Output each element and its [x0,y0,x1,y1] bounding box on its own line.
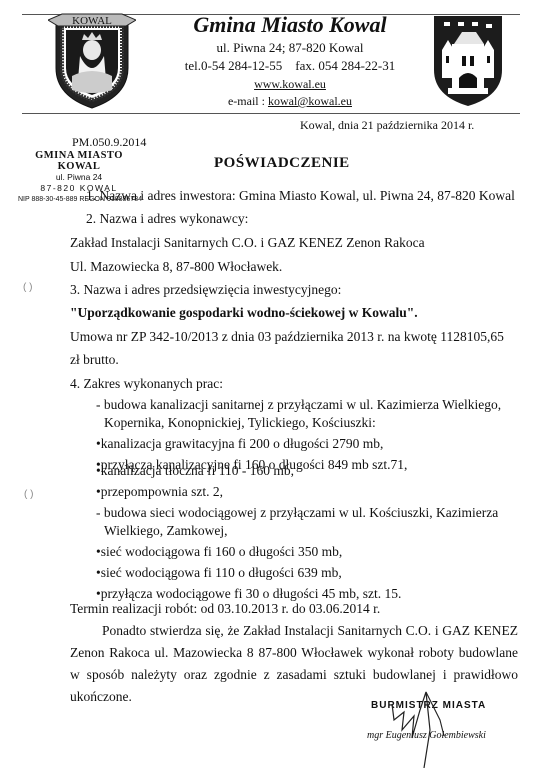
contractor-name: Zakład Instalacji Sanitarnych C.O. i GAZ… [70,235,425,251]
reference-number: PM.050.9.2014 [72,135,146,150]
header-bottom-rule [22,113,520,114]
section-investor: 1. Nazwa i adres inwestora: Gmina Miasto… [86,188,515,204]
margin-mark: ( ) [24,489,33,500]
website-link[interactable]: www.kowal.eu [254,77,326,91]
water-header-line-1: - budowa sieci wodociągowej z przyłączam… [96,505,498,521]
sewer-header-line-1: - budowa kanalizacji sanitarnej z przyłą… [96,397,501,413]
svg-text:KOWAL: KOWAL [72,15,112,27]
document-date: Kowal, dnia 21 października 2014 r. [300,118,474,133]
list-item: •przepompownia szt. 2, [96,484,223,500]
letterhead-contact: tel.0-54 284-12-55 fax. 054 284-22-31 [150,58,430,74]
letterhead-website-row: www.kowal.eu [150,77,430,92]
list-item: •sieć wodociągowa fi 110 o długości 639 … [96,565,342,581]
sewer-header-line-2: Kopernika, Konopnickiej, Tylickiego, Koś… [104,415,376,431]
letterhead-tel: tel.0-54 284-12-55 [185,58,282,73]
section-contractor-label: 2. Nazwa i adres wykonawcy: [86,211,248,227]
king-crest-icon: KOWAL [48,10,136,110]
email-label: e-mail : [228,94,268,108]
letterhead-email-row: e-mail : kowal@kowal.eu [150,94,430,109]
contract-line-1: Umowa nr ZP 342-10/2013 z dnia 03 paździ… [70,329,504,345]
handwritten-signature-icon [390,690,470,768]
email-link[interactable]: kowal@kowal.eu [268,94,352,108]
completion-deadline: Termin realizacji robót: od 03.10.2013 r… [70,601,380,617]
section-project-label: 3. Nazwa i adres przedsięwzięcia inwesty… [70,282,341,298]
section-scope-label: 4. Zakres wykonanych prac: [70,376,223,392]
contractor-address: Ul. Mazowiecka 8, 87-800 Włocławek. [70,259,282,275]
water-header-line-2: Wielkiego, Zamkowej, [104,523,228,539]
letterhead-address: ul. Piwna 24; 87-820 Kowal [150,40,430,56]
stamp-name: GMINA MIASTO KOWAL [18,150,140,172]
list-item: •przyłącza wodociągowe fi 30 o długości … [96,586,401,602]
project-name: "Uporządkowanie gospodarki wodno-ściekow… [70,305,418,321]
castle-coat-of-arms-icon [432,14,504,106]
signatory-name: mgr Eugeniusz Gołembiewski [367,730,486,741]
letterhead-fax: fax. 054 284-22-31 [295,58,395,73]
margin-mark: ( ) [23,282,32,293]
document-heading: POŚWIADCZENIE [214,155,350,172]
contract-line-2: zł brutto. [70,352,119,368]
stamp-street: ul. Piwna 24 [18,172,140,183]
municipality-title: Gmina Miasto Kowal [160,12,420,38]
list-item: •sieć wodociągowa fi 160 o długości 350 … [96,544,342,560]
list-item: •kanalizacja grawitacyjna fi 200 o długo… [96,436,383,452]
list-item: •kanalizacja tłoczna fi 110 - 160 mb, [96,463,294,479]
